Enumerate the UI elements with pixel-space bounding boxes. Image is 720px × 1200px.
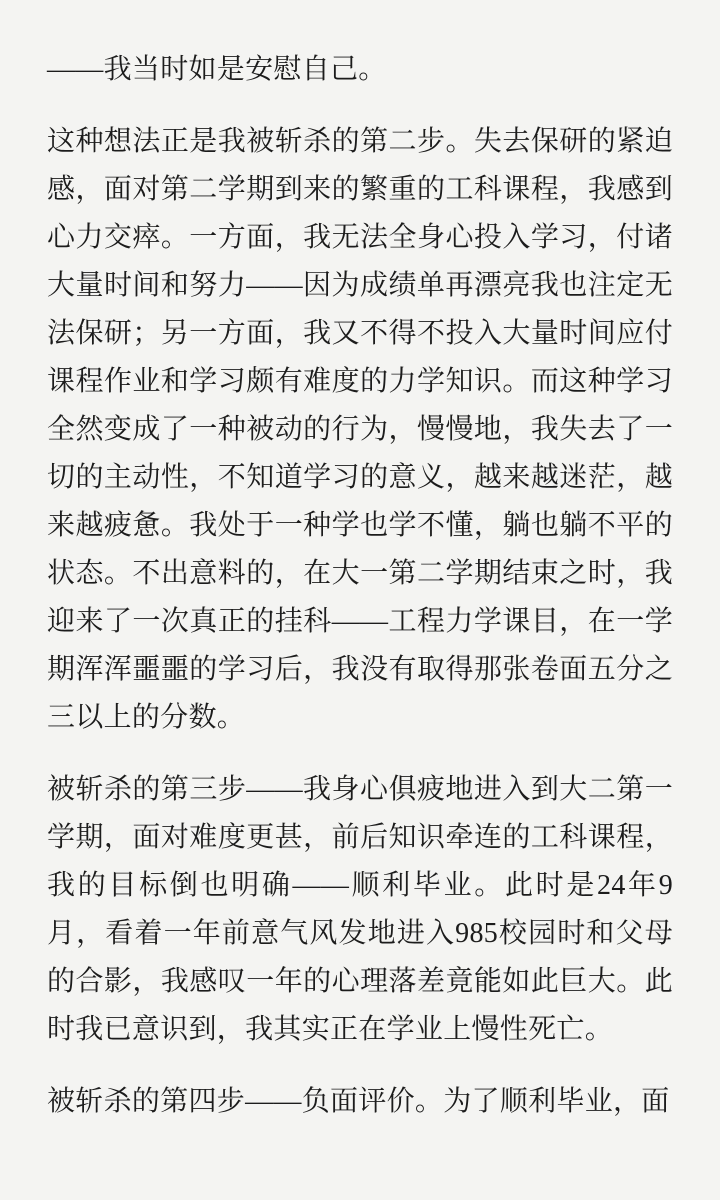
reader-page: ——我当时如是安慰自己。 这种想法正是我被斩杀的第二步。失去保研的紧迫感，面对第… xyxy=(0,0,720,1200)
paragraph-4: 被斩杀的第四步——负面评价。为了顺利毕业，面 xyxy=(47,1078,673,1126)
paragraph-2: 这种想法正是我被斩杀的第二步。失去保研的紧迫感，面对第二学期到来的繁重的工科课程… xyxy=(47,118,673,742)
paragraph-3: 被斩杀的第三步——我身心俱疲地进入到大二第一学期，面对难度更甚，前后知识牵连的工… xyxy=(47,766,673,1054)
paragraph-1: ——我当时如是安慰自己。 xyxy=(47,46,673,94)
article-text: ——我当时如是安慰自己。 这种想法正是我被斩杀的第二步。失去保研的紧迫感，面对第… xyxy=(47,46,673,1126)
